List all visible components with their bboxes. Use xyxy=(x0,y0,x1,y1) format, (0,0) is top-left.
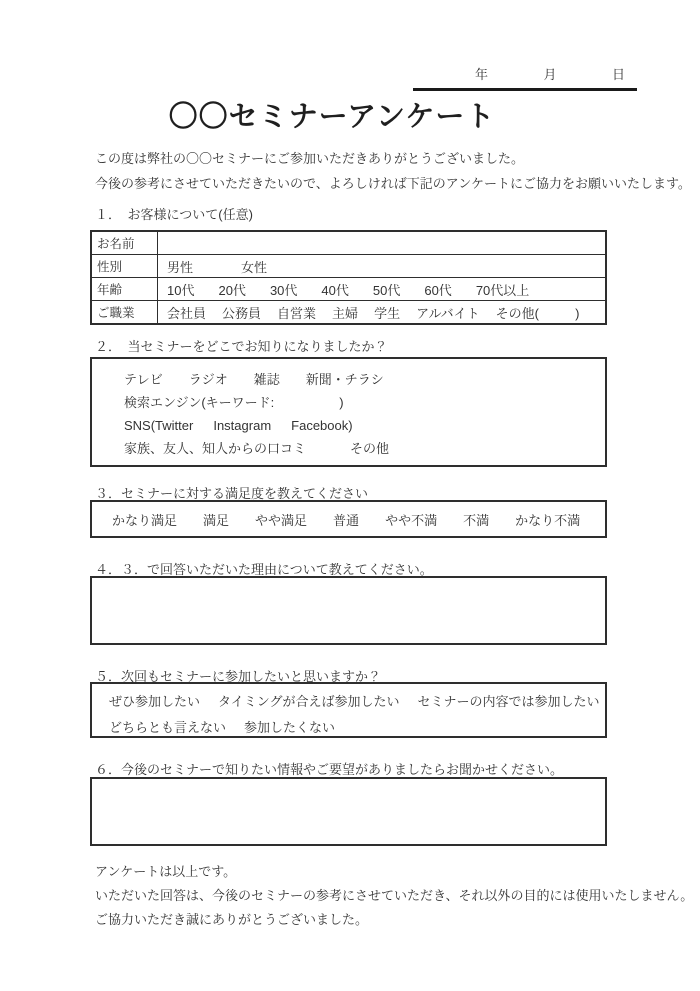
section2-heading: ２． 当セミナーをどこでお知りになりましたか？ xyxy=(95,339,388,355)
option-item: テレビ xyxy=(124,368,163,391)
option-item: アルバイト xyxy=(416,303,480,322)
option-item: かなり不満 xyxy=(515,510,580,529)
option-item: 40代 xyxy=(321,280,348,299)
option-line: テレビラジオ雑誌新聞・チラシ xyxy=(124,368,605,391)
option-item: 男性 xyxy=(167,257,193,276)
option-item: 50代 xyxy=(373,280,400,299)
option-item: ぜひ参加したい xyxy=(109,689,200,715)
request-answer-box xyxy=(90,777,607,846)
section1-heading: １． お客様について(任意) xyxy=(95,207,253,223)
option-item: 参加したくない xyxy=(244,715,335,741)
option-line: 検索エンジン(キーワード: ) xyxy=(124,391,605,414)
option-item: Facebook) xyxy=(291,414,352,437)
satisfaction-box: かなり満足満足やや満足普通やや不満不満かなり不満 xyxy=(90,500,607,538)
row-options: 男性女性 xyxy=(158,255,605,277)
option-item: 不満 xyxy=(463,510,489,529)
option-item: 60代 xyxy=(424,280,451,299)
intro-paragraph: この度は弊社の〇〇セミナーにご参加いただきありがとうございました。 今後の参考に… xyxy=(95,146,691,196)
option-item: 家族、友人、知人からの口コミ xyxy=(124,437,306,460)
referral-source-box: テレビラジオ雑誌新聞・チラシ 検索エンジン(キーワード: ) SNS(Twitt… xyxy=(90,357,607,467)
date-line: 年 月 日 xyxy=(413,64,637,91)
option-item: 新聞・チラシ xyxy=(306,368,384,391)
option-item: 公務員 xyxy=(222,303,261,322)
option-item: 会社員 xyxy=(167,303,206,322)
option-item: その他 xyxy=(350,437,389,460)
row-options: 会社員公務員自営業主婦学生アルバイトその他( ) xyxy=(158,301,605,323)
option-item: 10代 xyxy=(167,280,194,299)
section6-heading: ６．今後のセミナーで知りたい情報やご要望がありましたらお聞かせください。 xyxy=(95,762,563,778)
option-item: 雑誌 xyxy=(254,368,280,391)
reason-answer-box xyxy=(90,576,607,645)
option-item: 30代 xyxy=(270,280,297,299)
row-options: 10代20代30代40代50代60代70代以上 xyxy=(158,278,605,300)
table-row-gender: 性別 男性女性 xyxy=(92,254,605,277)
option-item: やや不満 xyxy=(385,510,437,529)
date-month-label: 月 xyxy=(543,64,556,83)
closing-line: アンケートは以上です。 xyxy=(95,860,693,884)
option-item: やや満足 xyxy=(255,510,307,529)
option-item: 自営業 xyxy=(277,303,316,322)
next-participation-box: ぜひ参加したいタイミングが合えば参加したいセミナーの内容では参加したい どちらと… xyxy=(90,682,607,738)
row-value-name-field xyxy=(158,232,605,254)
option-item: SNS(Twitter xyxy=(124,414,193,437)
row-label: 年齢 xyxy=(92,278,158,300)
option-line: SNS(TwitterInstagramFacebook) xyxy=(124,414,605,437)
option-item: その他( ) xyxy=(496,303,580,322)
option-item: 検索エンジン(キーワード: ) xyxy=(124,391,344,414)
closing-line: ご協力いただき誠にありがとうございました。 xyxy=(95,908,693,932)
table-row-age: 年齢 10代20代30代40代50代60代70代以上 xyxy=(92,277,605,300)
option-item: かなり満足 xyxy=(112,510,177,529)
option-item: ラジオ xyxy=(189,368,228,391)
table-row-occupation: ご職業 会社員公務員自営業主婦学生アルバイトその他( ) xyxy=(92,300,605,323)
intro-line: 今後の参考にさせていただきたいので、よろしければ下記のアンケートにご協力をお願い… xyxy=(95,171,691,196)
option-item: どちらとも言えない xyxy=(109,715,226,741)
date-year-label: 年 xyxy=(475,64,488,83)
closing-line: いただいた回答は、今後のセミナーの参考にさせていただき、それ以外の目的には使用い… xyxy=(95,884,693,908)
date-day-label: 日 xyxy=(612,64,625,83)
option-item: 普通 xyxy=(333,510,359,529)
intro-line: この度は弊社の〇〇セミナーにご参加いただきありがとうございました。 xyxy=(95,146,691,171)
option-item: タイミングが合えば参加したい xyxy=(218,689,399,715)
option-item: Instagram xyxy=(213,414,271,437)
row-label: 性別 xyxy=(92,255,158,277)
row-label: お名前 xyxy=(92,232,158,254)
option-item: 70代以上 xyxy=(476,280,529,299)
customer-info-table: お名前 性別 男性女性 年齢 10代20代30代40代50代60代70代以上 ご… xyxy=(90,230,607,325)
table-row-name: お名前 xyxy=(92,232,605,254)
closing-paragraph: アンケートは以上です。 いただいた回答は、今後のセミナーの参考にさせていただき、… xyxy=(95,860,693,932)
option-item: 学生 xyxy=(374,303,400,322)
option-item: 主婦 xyxy=(332,303,358,322)
option-item: 20代 xyxy=(218,280,245,299)
option-line: どちらとも言えない参加したくない xyxy=(109,715,605,741)
row-label: ご職業 xyxy=(92,301,158,323)
option-line: ぜひ参加したいタイミングが合えば参加したいセミナーの内容では参加したい xyxy=(109,689,605,715)
option-item: セミナーの内容では参加したい xyxy=(418,689,600,715)
option-line: 家族、友人、知人からの口コミその他 xyxy=(124,437,605,460)
option-item: 女性 xyxy=(241,257,267,276)
form-title: 〇〇セミナーアンケート xyxy=(0,94,664,135)
option-item: 満足 xyxy=(203,510,229,529)
questionnaire-page: 年 月 日 〇〇セミナーアンケート この度は弊社の〇〇セミナーにご参加いただきあ… xyxy=(0,0,700,991)
